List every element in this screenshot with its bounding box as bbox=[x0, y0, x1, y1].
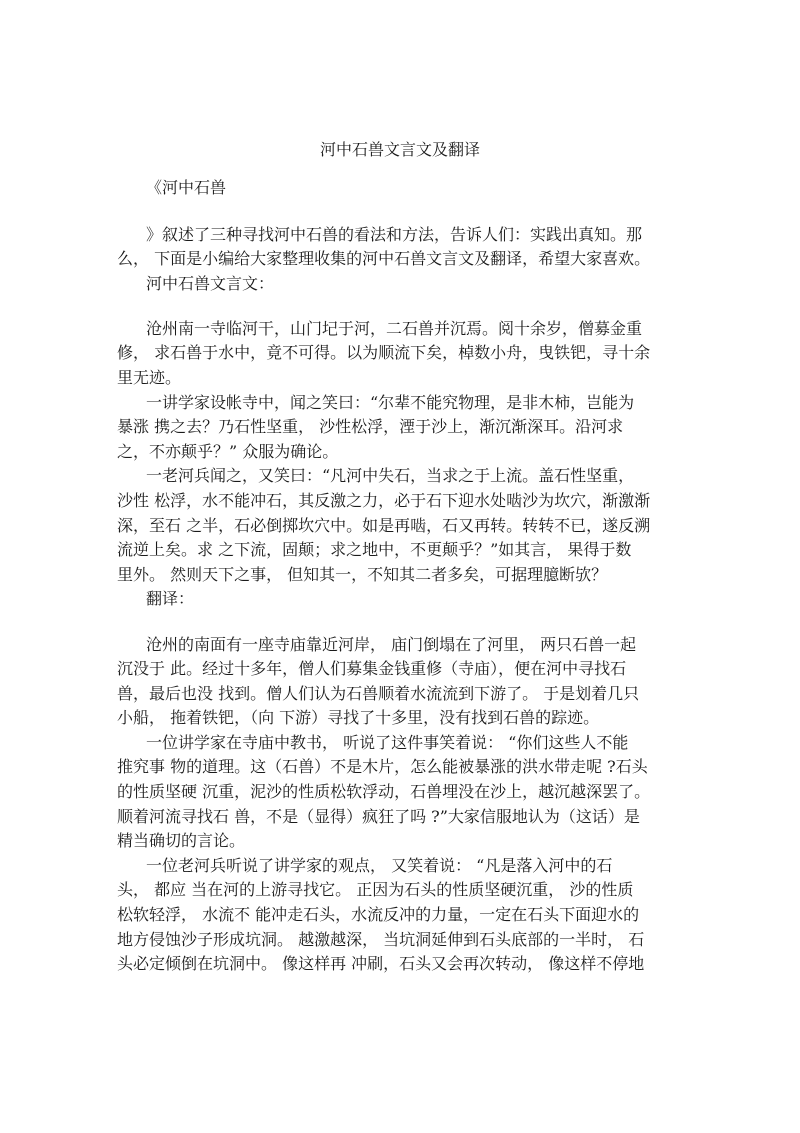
spacer bbox=[117, 612, 687, 633]
text-line: 修， 求石兽于水中，竟不可得。以为顺流下矣，棹数小舟，曳铁钯，寻十余 bbox=[117, 341, 687, 366]
text-line: 么， 下面是小编给大家整理收集的河中石兽文言文及翻译，希望大家喜欢。 bbox=[117, 247, 687, 272]
intro-paragraph: 《河中石兽 》叙述了三种寻找河中石兽的看法和方法，告诉人们：实践出真知。那 么，… bbox=[117, 176, 687, 272]
section-heading: 河中石兽文言文： bbox=[117, 272, 687, 297]
text-line: 暴涨 携之去？乃石性坚重， 沙性松浮，湮于沙上，渐沉渐深耳。沿河求 bbox=[117, 415, 687, 440]
text-line: 小船， 拖着铁钯，（向 下游）寻找了十多里，没有找到石兽的踪迹。 bbox=[117, 706, 687, 731]
translation-paragraph-3: 一位老河兵听说了讲学家的观点， 又笑着说： “凡是落入河中的石 头， 都应 当在… bbox=[117, 854, 687, 977]
text-line: 里外。 然则天下之事， 但知其一，不知其二者多矣，可据理臆断欤？ bbox=[117, 563, 687, 588]
original-paragraph-1: 沧州南一寺临河干，山门圮于河，二石兽并沉焉。阅十余岁，僧募金重 修， 求石兽于水… bbox=[117, 317, 687, 391]
translation-paragraph-1: 沧州的南面有一座寺庙靠近河岸， 庙门倒塌在了河里， 两只石兽一起 沉没于 此。经… bbox=[117, 633, 687, 731]
text-line: 《河中石兽 bbox=[117, 176, 687, 201]
original-paragraph-2: 一讲学家设帐寺中，闻之笑曰：“尔辈不能究物理，是非木柿，岂能为 暴涨 携之去？乃… bbox=[117, 391, 687, 465]
text-line: 沧州的南面有一座寺庙靠近河岸， 庙门倒塌在了河里， 两只石兽一起 bbox=[117, 633, 687, 658]
original-heading: 河中石兽文言文： bbox=[117, 272, 687, 297]
text-line: 的性质坚硬 沉重，泥沙的性质松软浮动，石兽埋没在沙上，越沉越深罢了。 bbox=[117, 780, 687, 805]
text-line: 流逆上矣。求 之下流，固颠；求之地中，不更颠乎？”如其言， 果得于数 bbox=[117, 538, 687, 563]
text-line: 一位老河兵听说了讲学家的观点， 又笑着说： “凡是落入河中的石 bbox=[117, 854, 687, 879]
translation-heading: 翻译： bbox=[117, 587, 687, 612]
blank-line bbox=[117, 201, 687, 223]
document-page: 河中石兽文言文及翻译 《河中石兽 》叙述了三种寻找河中石兽的看法和方法，告诉人们… bbox=[0, 0, 800, 1133]
text-line: 头， 都应 当在河的上游寻找它。 正因为石头的性质坚硬沉重， 沙的性质 bbox=[117, 878, 687, 903]
text-line: 沧州南一寺临河干，山门圮于河，二石兽并沉焉。阅十余岁，僧募金重 bbox=[117, 317, 687, 342]
document-body: 《河中石兽 》叙述了三种寻找河中石兽的看法和方法，告诉人们：实践出真知。那 么，… bbox=[117, 176, 687, 977]
text-line: 一讲学家设帐寺中，闻之笑曰：“尔辈不能究物理，是非木柿，岂能为 bbox=[117, 391, 687, 416]
text-line: 松软轻浮， 水流不 能冲走石头，水流反冲的力量，一定在石头下面迎水的 bbox=[117, 903, 687, 928]
section-heading: 翻译： bbox=[117, 587, 687, 612]
text-line: 之，不亦颠乎？” 众服为确论。 bbox=[117, 440, 687, 465]
spacer bbox=[117, 296, 687, 317]
text-line: 沙性 松浮，水不能冲石，其反激之力，必于石下迎水处啮沙为坎穴，渐激渐 bbox=[117, 489, 687, 514]
translation-paragraph-2: 一位讲学家在寺庙中教书， 听说了这件事笑着说： “你们这些人不能 推究事 物的道… bbox=[117, 731, 687, 854]
text-line: 头必定倾倒在坑洞中。 像这样再 冲刷，石头又会再次转动， 像这样不停地 bbox=[117, 952, 687, 977]
text-line: 顺着河流寻找石 兽，不是（显得）疯狂了吗 ?”大家信服地认为（这话）是 bbox=[117, 805, 687, 830]
text-line: 沉没于 此。经过十多年，僧人们募集金钱重修（寺庙），便在河中寻找石 bbox=[117, 657, 687, 682]
text-line: 深，至石 之半，石必倒掷坎穴中。如是再啮，石又再转。转转不已，遂反溯 bbox=[117, 514, 687, 539]
text-line: 一老河兵闻之，又笑曰：“凡河中失石，当求之于上流。盖石性坚重， bbox=[117, 464, 687, 489]
text-line: 》叙述了三种寻找河中石兽的看法和方法，告诉人们：实践出真知。那 bbox=[117, 223, 687, 248]
text-line: 一位讲学家在寺庙中教书， 听说了这件事笑着说： “你们这些人不能 bbox=[117, 731, 687, 756]
text-line: 推究事 物的道理。这（石兽）不是木片，怎么能被暴涨的洪水带走呢 ?石头 bbox=[117, 755, 687, 780]
text-line: 地方侵蚀沙子形成坑洞。 越激越深， 当坑洞延伸到石头底部的一半时， 石 bbox=[117, 928, 687, 953]
original-paragraph-3: 一老河兵闻之，又笑曰：“凡河中失石，当求之于上流。盖石性坚重， 沙性 松浮，水不… bbox=[117, 464, 687, 587]
text-line: 精当确切的言论。 bbox=[117, 829, 687, 854]
text-line: 里无迹。 bbox=[117, 366, 687, 391]
document-title: 河中石兽文言文及翻译 bbox=[0, 138, 800, 162]
text-line: 兽，最后也没 找到。僧人们认为石兽顺着水流流到下游了。 于是划着几只 bbox=[117, 682, 687, 707]
